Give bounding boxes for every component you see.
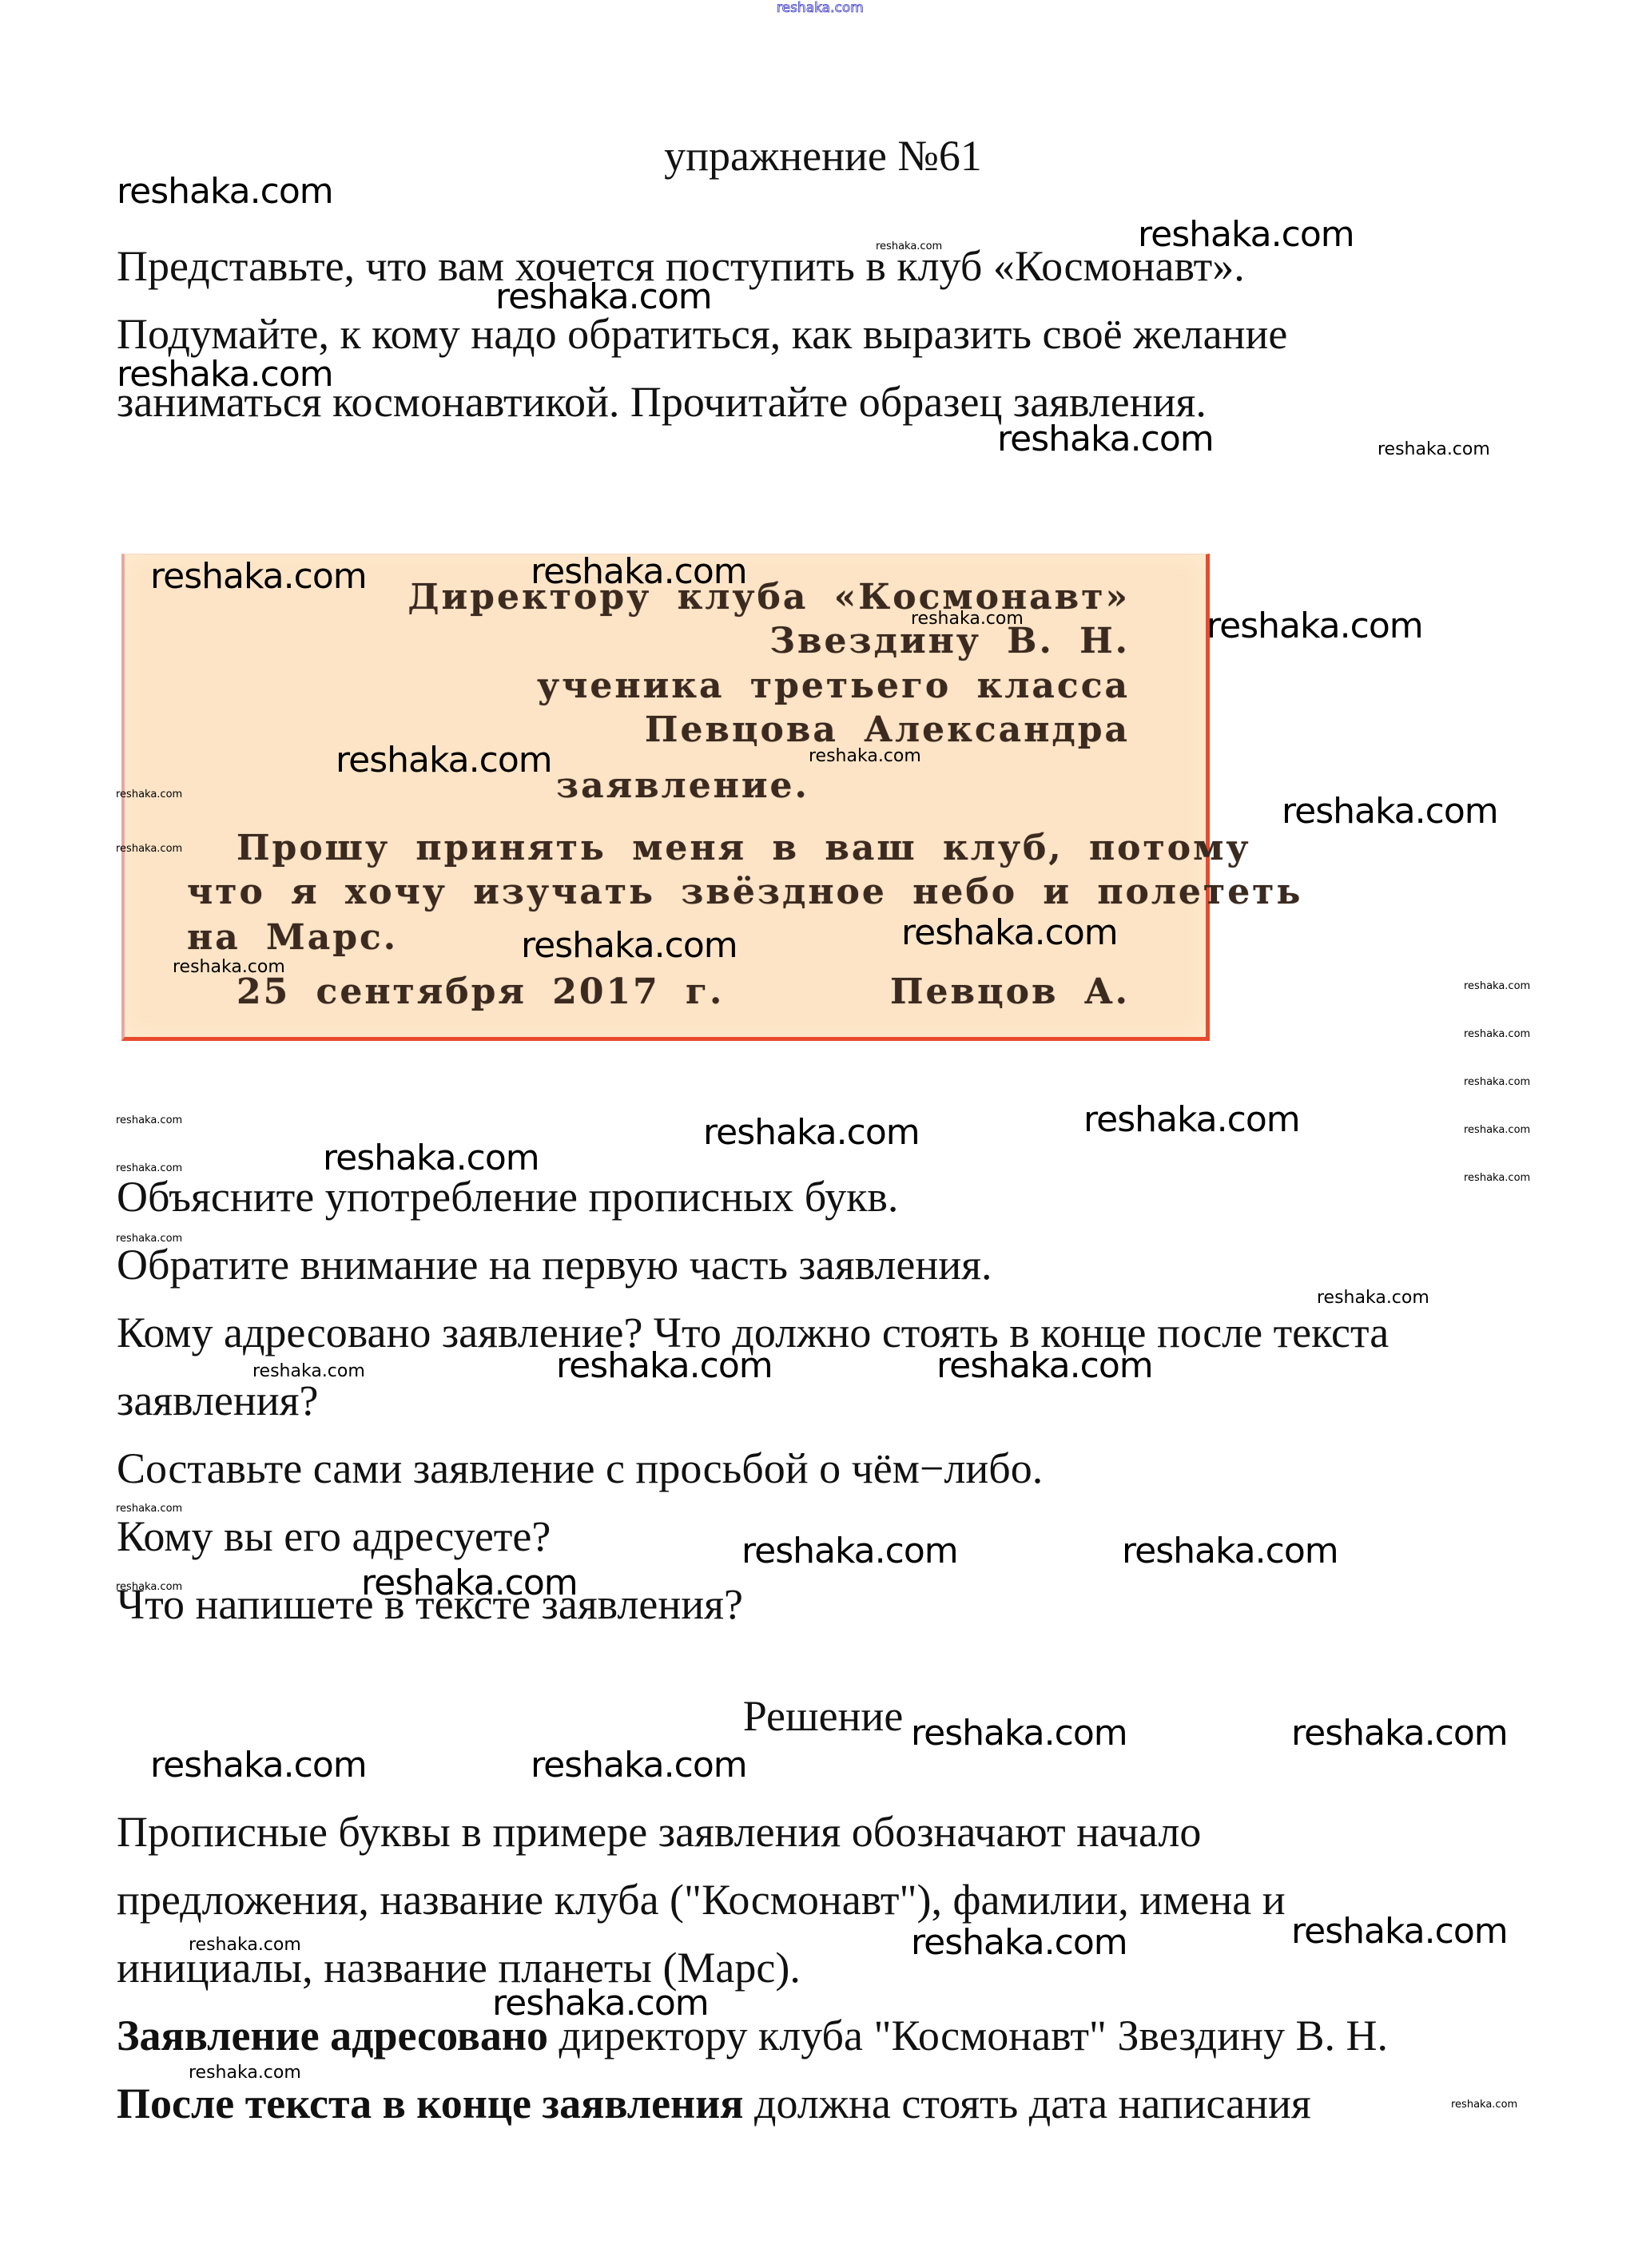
- watermark: reshaka.com: [1464, 1029, 1530, 1039]
- watermark: reshaka.com: [1291, 1716, 1508, 1751]
- watermark: reshaka.com: [116, 1503, 182, 1514]
- watermark: reshaka.com: [1317, 1289, 1429, 1307]
- watermark: reshaka.com: [1207, 609, 1423, 644]
- document-page: reshaka.com упражнение №61 Представьте, …: [0, 0, 1638, 2268]
- watermark: reshaka.com: [1464, 1125, 1530, 1135]
- watermark: reshaka.com: [703, 1115, 920, 1150]
- statement-body-2: что я хочу изучать звёздное небо и полет…: [187, 875, 1302, 910]
- watermark: reshaka.com: [521, 928, 737, 963]
- watermark: reshaka.com: [1464, 981, 1530, 991]
- watermark: reshaka.com: [252, 1363, 365, 1380]
- question-5: Кому вы его адресуете?: [117, 1515, 551, 1558]
- watermark: reshaka.com: [531, 1748, 747, 1783]
- statement-signature: Певцов А.: [890, 975, 1130, 1010]
- statement-date: 25 сентября 2017 г.: [237, 975, 724, 1010]
- statement-body-3: на Марс.: [187, 920, 398, 955]
- statement-body-1: Прошу принять меня в ваш клуб, потому: [237, 831, 1251, 866]
- watermark: reshaka.com: [116, 844, 182, 854]
- solution-line-2: предложения, название клуба ("Космонавт"…: [117, 1878, 1286, 1921]
- watermark: reshaka.com: [150, 559, 367, 594]
- watermark: reshaka.com: [189, 1936, 301, 1954]
- watermark: reshaka.com: [492, 1986, 709, 2021]
- solution-line-1: Прописные буквы в примере заявления обоз…: [117, 1810, 1201, 1853]
- watermark: reshaka.com: [116, 1163, 182, 1174]
- watermark: reshaka.com: [911, 610, 1024, 628]
- watermark: reshaka.com: [531, 554, 747, 590]
- watermark: reshaka.com: [901, 916, 1118, 951]
- statement-addressee-4: Певцова Александра: [645, 713, 1130, 748]
- watermark: reshaka.com: [1464, 1077, 1530, 1087]
- watermark: reshaka.com: [911, 1925, 1127, 1960]
- watermark: reshaka.com: [936, 1348, 1153, 1384]
- watermark: reshaka.com: [1451, 2099, 1517, 2110]
- watermark: reshaka.com: [117, 357, 333, 392]
- question-2: Обратите внимание на первую часть заявле…: [117, 1243, 992, 1286]
- watermark: reshaka.com: [116, 1115, 182, 1126]
- solution-after-text-bold: После текста в конце заявления: [117, 2079, 743, 2127]
- question-4: Составьте сами заявление с просьбой о чё…: [117, 1447, 1043, 1490]
- watermark: reshaka.com: [911, 1716, 1127, 1751]
- solution-heading: Решение: [743, 1694, 904, 1738]
- solution-after-text: После текста в конце заявления должна ст…: [117, 2082, 1311, 2125]
- statement-addressee-3: ученика третьего класса: [537, 669, 1130, 704]
- watermark: reshaka.com: [117, 174, 333, 209]
- watermark: reshaka.com: [173, 959, 285, 976]
- watermark: reshaka.com: [1378, 441, 1490, 459]
- watermark: reshaka.com: [116, 1582, 182, 1592]
- watermark: reshaka.com: [997, 422, 1214, 457]
- solution-addressed: Заявление адресовано директору клуба "Ко…: [117, 2014, 1388, 2057]
- watermark: reshaka.com: [1291, 1914, 1508, 1949]
- watermark: reshaka.com: [150, 1748, 367, 1783]
- watermark: reshaka.com: [495, 280, 712, 315]
- watermark: reshaka.com: [741, 1534, 958, 1569]
- intro-line-2: Подумайте, к кому надо обратиться, как в…: [117, 312, 1287, 355]
- watermark: reshaka.com: [361, 1566, 578, 1601]
- watermark: reshaka.com: [556, 1348, 773, 1384]
- watermark: reshaka.com: [116, 1233, 182, 1244]
- watermark: reshaka.com: [1138, 217, 1354, 252]
- statement-heading: заявление.: [556, 769, 809, 804]
- watermark: reshaka.com: [336, 743, 552, 778]
- solution-addressed-bold: Заявление адресовано: [117, 2012, 548, 2059]
- question-1: Объясните употребление прописных букв.: [117, 1175, 898, 1218]
- statement-addressee-2: Звездину В. Н.: [769, 624, 1130, 659]
- site-watermark-top: reshaka.com: [777, 2, 864, 15]
- watermark: reshaka.com: [323, 1141, 539, 1176]
- watermark: reshaka.com: [189, 2064, 301, 2082]
- watermark: reshaka.com: [1282, 794, 1498, 829]
- question-3-cont: заявления?: [117, 1379, 318, 1422]
- watermark: reshaka.com: [1122, 1534, 1338, 1569]
- watermark: reshaka.com: [1464, 1173, 1530, 1183]
- solution-after-text-rest: должна стоять дата написания: [743, 2079, 1310, 2127]
- watermark: reshaka.com: [876, 241, 942, 252]
- watermark: reshaka.com: [1083, 1102, 1300, 1138]
- watermark: reshaka.com: [809, 748, 921, 765]
- exercise-title: упражнение №61: [664, 134, 982, 177]
- watermark: reshaka.com: [116, 789, 182, 800]
